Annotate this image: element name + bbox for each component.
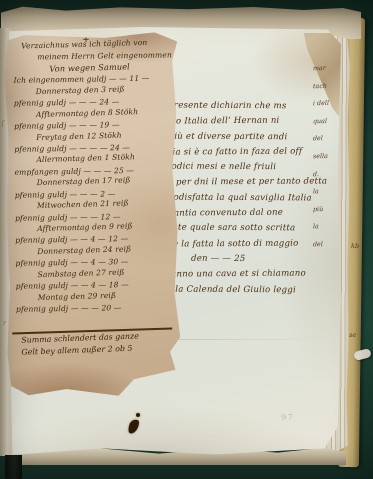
- manuscript-text-line: Italia si è ca fatto in faza del off: [157, 146, 327, 162]
- edge-text-fragment: qual: [313, 117, 339, 135]
- ink-blot-dot: [136, 413, 140, 417]
- manuscript-text-line: saranno una cava et si chiamano: [157, 269, 327, 285]
- ink-blot: [129, 413, 143, 437]
- edge-text-fragment: la: [313, 187, 339, 205]
- manuscript-text-line: et sodisfatta la qual saviglia Italia: [157, 192, 327, 208]
- book-clasp: [5, 455, 22, 479]
- faint-page-number: 97: [281, 413, 294, 423]
- manuscript-text-line: alla Calenda del Giulio leggi: [157, 284, 327, 300]
- edge-text-fragment: d.: [313, 169, 339, 187]
- ink-blot-tail: [127, 418, 141, 435]
- edge-text-fragment: più: [313, 205, 339, 223]
- pasted-account-slip: + Verzaichnus was ich täglich vonmeinem …: [4, 32, 181, 397]
- edge-text-fragments: martachi dellqualdelsellad.lapiùladel: [313, 64, 339, 258]
- edge-text-fragment: mar: [313, 64, 339, 82]
- edge-text-fragment: se: [349, 331, 356, 339]
- manuscript-text-block: la presente dichiarin che msporto Italia…: [157, 101, 327, 300]
- edge-text-fragment: i dell: [313, 99, 339, 117]
- edge-text-fragment: tach: [313, 81, 339, 99]
- edge-text-fragment: del: [313, 240, 339, 258]
- manuscript-text-line: sube la fatta la sotto di maggio: [157, 238, 327, 254]
- manuscript-text-line: instantia convenuto dal one: [157, 207, 327, 223]
- slip-text-block: Verzaichnus was ich täglich vonmeinem He…: [11, 40, 176, 316]
- edge-text-fragment: kb: [351, 242, 359, 250]
- manuscript-text-line: porto Italia dell’ Hernan ni: [157, 116, 327, 132]
- manuscript-text-line: den — — 25: [157, 254, 327, 270]
- slip-text-line: pfennig guldj — — — 20 —: [14, 302, 176, 316]
- edge-text-fragment: sella: [313, 152, 339, 170]
- edge-text-fragment: del: [313, 134, 339, 152]
- manuscript-text-line: che per dni il mese et per tanto detta: [157, 177, 327, 193]
- left-edge-ink-mark: ʃ: [2, 120, 4, 127]
- manuscript-text-line: li dodici mesi e nelle friuli: [157, 162, 327, 178]
- manuscript-text-line: esente quale sara sotto scritta: [157, 223, 327, 239]
- left-edge-ink-mark: r: [3, 320, 6, 327]
- edge-text-fragment: la: [313, 222, 339, 240]
- manuscript-text-line: in più et diverse partite andi: [157, 131, 327, 147]
- slip-sum-block: Summa schlendert das ganzeGelt bey allem…: [21, 335, 139, 360]
- manuscript-text-line: la presente dichiarin che ms: [157, 101, 327, 117]
- manuscript-photo: ʃ r la presente dichiarin che msporto It…: [0, 0, 373, 479]
